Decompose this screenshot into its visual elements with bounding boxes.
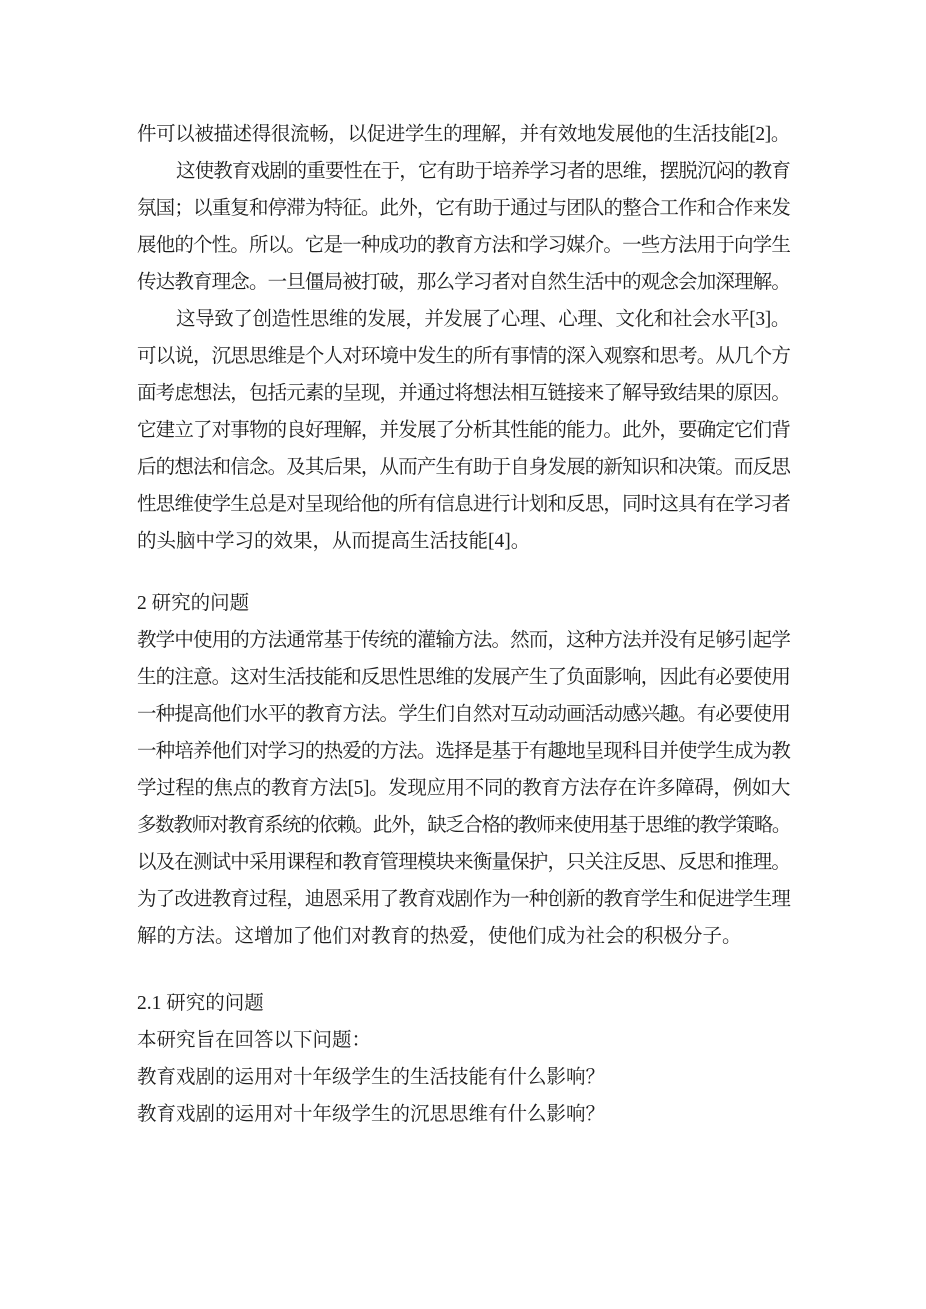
body-text: 这使教育戏剧的重要性在于，它有助于培养学习者的思维，摆脱沉闷的教育 bbox=[176, 153, 790, 190]
body-text: 可以说，沉思思维是个人对环境中发生的所有事情的深入观察和思考。从几个方 bbox=[137, 338, 790, 375]
section-heading-text: 2.1 研究的问题 bbox=[137, 985, 264, 1022]
section-2-text-line: 以及在测试中采用课程和教育管理模块来衡量保护，只关注反思、反思和推理。 bbox=[137, 844, 790, 881]
body-text: 面考虑想法，包括元素的呈现，并通过将想法相互链接来了解导致结果的原因。 bbox=[137, 375, 790, 412]
paragraph-gap bbox=[137, 955, 790, 985]
body-text: 学过程的焦点的教育方法[5]。发现应用不同的教育方法存在许多障碍，例如大 bbox=[137, 770, 790, 807]
body-text-line: 传达教育理念。一旦僵局被打破，那么学习者对自然生活中的观念会加深理解。 bbox=[137, 264, 790, 301]
body-text: 教学中使用的方法通常基于传统的灌输方法。然而，这种方法并没有足够引起学 bbox=[137, 622, 790, 659]
body-text: 教育戏剧的运用对十年级学生的生活技能有什么影响？ bbox=[137, 1059, 605, 1096]
section-2-text-line: 生的注意。这对生活技能和反思性思维的发展产生了负面影响，因此有必要使用 bbox=[137, 659, 790, 696]
body-text: 件可以被描述得很流畅，以促进学生的理解，并有效地发展他的生活技能[2]。 bbox=[137, 116, 790, 153]
body-text-line: 展他的个性。所以。它是一种成功的教育方法和学习媒介。一些方法用于向学生 bbox=[137, 227, 790, 264]
body-text: 传达教育理念。一旦僵局被打破，那么学习者对自然生活中的观念会加深理解。 bbox=[137, 264, 790, 301]
section-heading-text: 2 研究的问题 bbox=[137, 585, 249, 622]
body-text: 为了改进教育过程，迪恩采用了教育戏剧作为一种创新的教育学生和促进学生理 bbox=[137, 881, 790, 918]
body-text: 生的注意。这对生活技能和反思性思维的发展产生了负面影响，因此有必要使用 bbox=[137, 659, 790, 696]
body-text: 展他的个性。所以。它是一种成功的教育方法和学习媒介。一些方法用于向学生 bbox=[137, 227, 790, 264]
body-text: 多数教师对教育系统的依赖。此外，缺乏合格的教师来使用基于思维的教学策略。 bbox=[137, 807, 790, 844]
research-questions-intro: 本研究旨在回答以下问题： bbox=[137, 1022, 790, 1059]
body-text: 解的方法。这增加了他们对教育的热爱，使他们成为社会的积极分子。 bbox=[137, 918, 742, 955]
body-text: 后的想法和信念。及其后果，从而产生有助于自身发展的新知识和决策。而反思 bbox=[137, 449, 790, 486]
body-text: 一种提高他们水平的教育方法。学生们自然对互动动画活动感兴趣。有必要使用 bbox=[137, 696, 790, 733]
section-2-1-heading: 2.1 研究的问题 bbox=[137, 985, 790, 1022]
body-text: 一种培养他们对学习的热爱的方法。选择是基于有趣地呈现科目并使学生成为教 bbox=[137, 733, 790, 770]
section-2-text-line: 学过程的焦点的教育方法[5]。发现应用不同的教育方法存在许多障碍，例如大 bbox=[137, 770, 790, 807]
body-text: 以及在测试中采用课程和教育管理模块来衡量保护，只关注反思、反思和推理。 bbox=[137, 844, 790, 881]
section-2-text-line: 一种提高他们水平的教育方法。学生们自然对互动动画活动感兴趣。有必要使用 bbox=[137, 696, 790, 733]
body-text-line: 件可以被描述得很流畅，以促进学生的理解，并有效地发展他的生活技能[2]。 bbox=[137, 116, 790, 153]
research-question-2: 教育戏剧的运用对十年级学生的沉思思维有什么影响？ bbox=[137, 1096, 790, 1133]
body-text: 氛国；以重复和停滞为特征。此外，它有助于通过与团队的整合工作和合作来发 bbox=[137, 190, 790, 227]
section-2-text-line: 一种培养他们对学习的热爱的方法。选择是基于有趣地呈现科目并使学生成为教 bbox=[137, 733, 790, 770]
body-text: 的头脑中学习的效果，从而提高生活技能[4]。 bbox=[137, 523, 530, 560]
body-text: 本研究旨在回答以下问题： bbox=[137, 1022, 371, 1059]
body-text-line: 它建立了对事物的良好理解，并发展了分析其性能的能力。此外，要确定它们背 bbox=[137, 412, 790, 449]
document-page: 件可以被描述得很流畅，以促进学生的理解，并有效地发展他的生活技能[2]。 这使教… bbox=[137, 116, 790, 1133]
section-2-text-line: 为了改进教育过程，迪恩采用了教育戏剧作为一种创新的教育学生和促进学生理 bbox=[137, 881, 790, 918]
section-2-text-line: 多数教师对教育系统的依赖。此外，缺乏合格的教师来使用基于思维的教学策略。 bbox=[137, 807, 790, 844]
paragraph-gap bbox=[137, 560, 790, 585]
body-text-line: 这导致了创造性思维的发展，并发展了心理、心理、文化和社会水平[3]。 bbox=[137, 301, 790, 338]
body-text-line: 性思维使学生总是对呈现给他的所有信息进行计划和反思，同时这具有在学习者 bbox=[137, 486, 790, 523]
research-question-1: 教育戏剧的运用对十年级学生的生活技能有什么影响？ bbox=[137, 1059, 790, 1096]
body-text: 教育戏剧的运用对十年级学生的沉思思维有什么影响？ bbox=[137, 1096, 605, 1133]
body-text: 这导致了创造性思维的发展，并发展了心理、心理、文化和社会水平[3]。 bbox=[176, 301, 790, 338]
body-text-line: 面考虑想法，包括元素的呈现，并通过将想法相互链接来了解导致结果的原因。 bbox=[137, 375, 790, 412]
body-text-line: 后的想法和信念。及其后果，从而产生有助于自身发展的新知识和决策。而反思 bbox=[137, 449, 790, 486]
section-2-text-line: 教学中使用的方法通常基于传统的灌输方法。然而，这种方法并没有足够引起学 bbox=[137, 622, 790, 659]
body-text-line: 这使教育戏剧的重要性在于，它有助于培养学习者的思维，摆脱沉闷的教育 bbox=[137, 153, 790, 190]
section-2-heading: 2 研究的问题 bbox=[137, 585, 790, 622]
body-text-line: 氛国；以重复和停滞为特征。此外，它有助于通过与团队的整合工作和合作来发 bbox=[137, 190, 790, 227]
body-text: 它建立了对事物的良好理解，并发展了分析其性能的能力。此外，要确定它们背 bbox=[137, 412, 790, 449]
body-text-line: 的头脑中学习的效果，从而提高生活技能[4]。 bbox=[137, 523, 790, 560]
body-text-line: 可以说，沉思思维是个人对环境中发生的所有事情的深入观察和思考。从几个方 bbox=[137, 338, 790, 375]
body-text: 性思维使学生总是对呈现给他的所有信息进行计划和反思，同时这具有在学习者 bbox=[137, 486, 790, 523]
section-2-text-line: 解的方法。这增加了他们对教育的热爱，使他们成为社会的积极分子。 bbox=[137, 918, 790, 955]
